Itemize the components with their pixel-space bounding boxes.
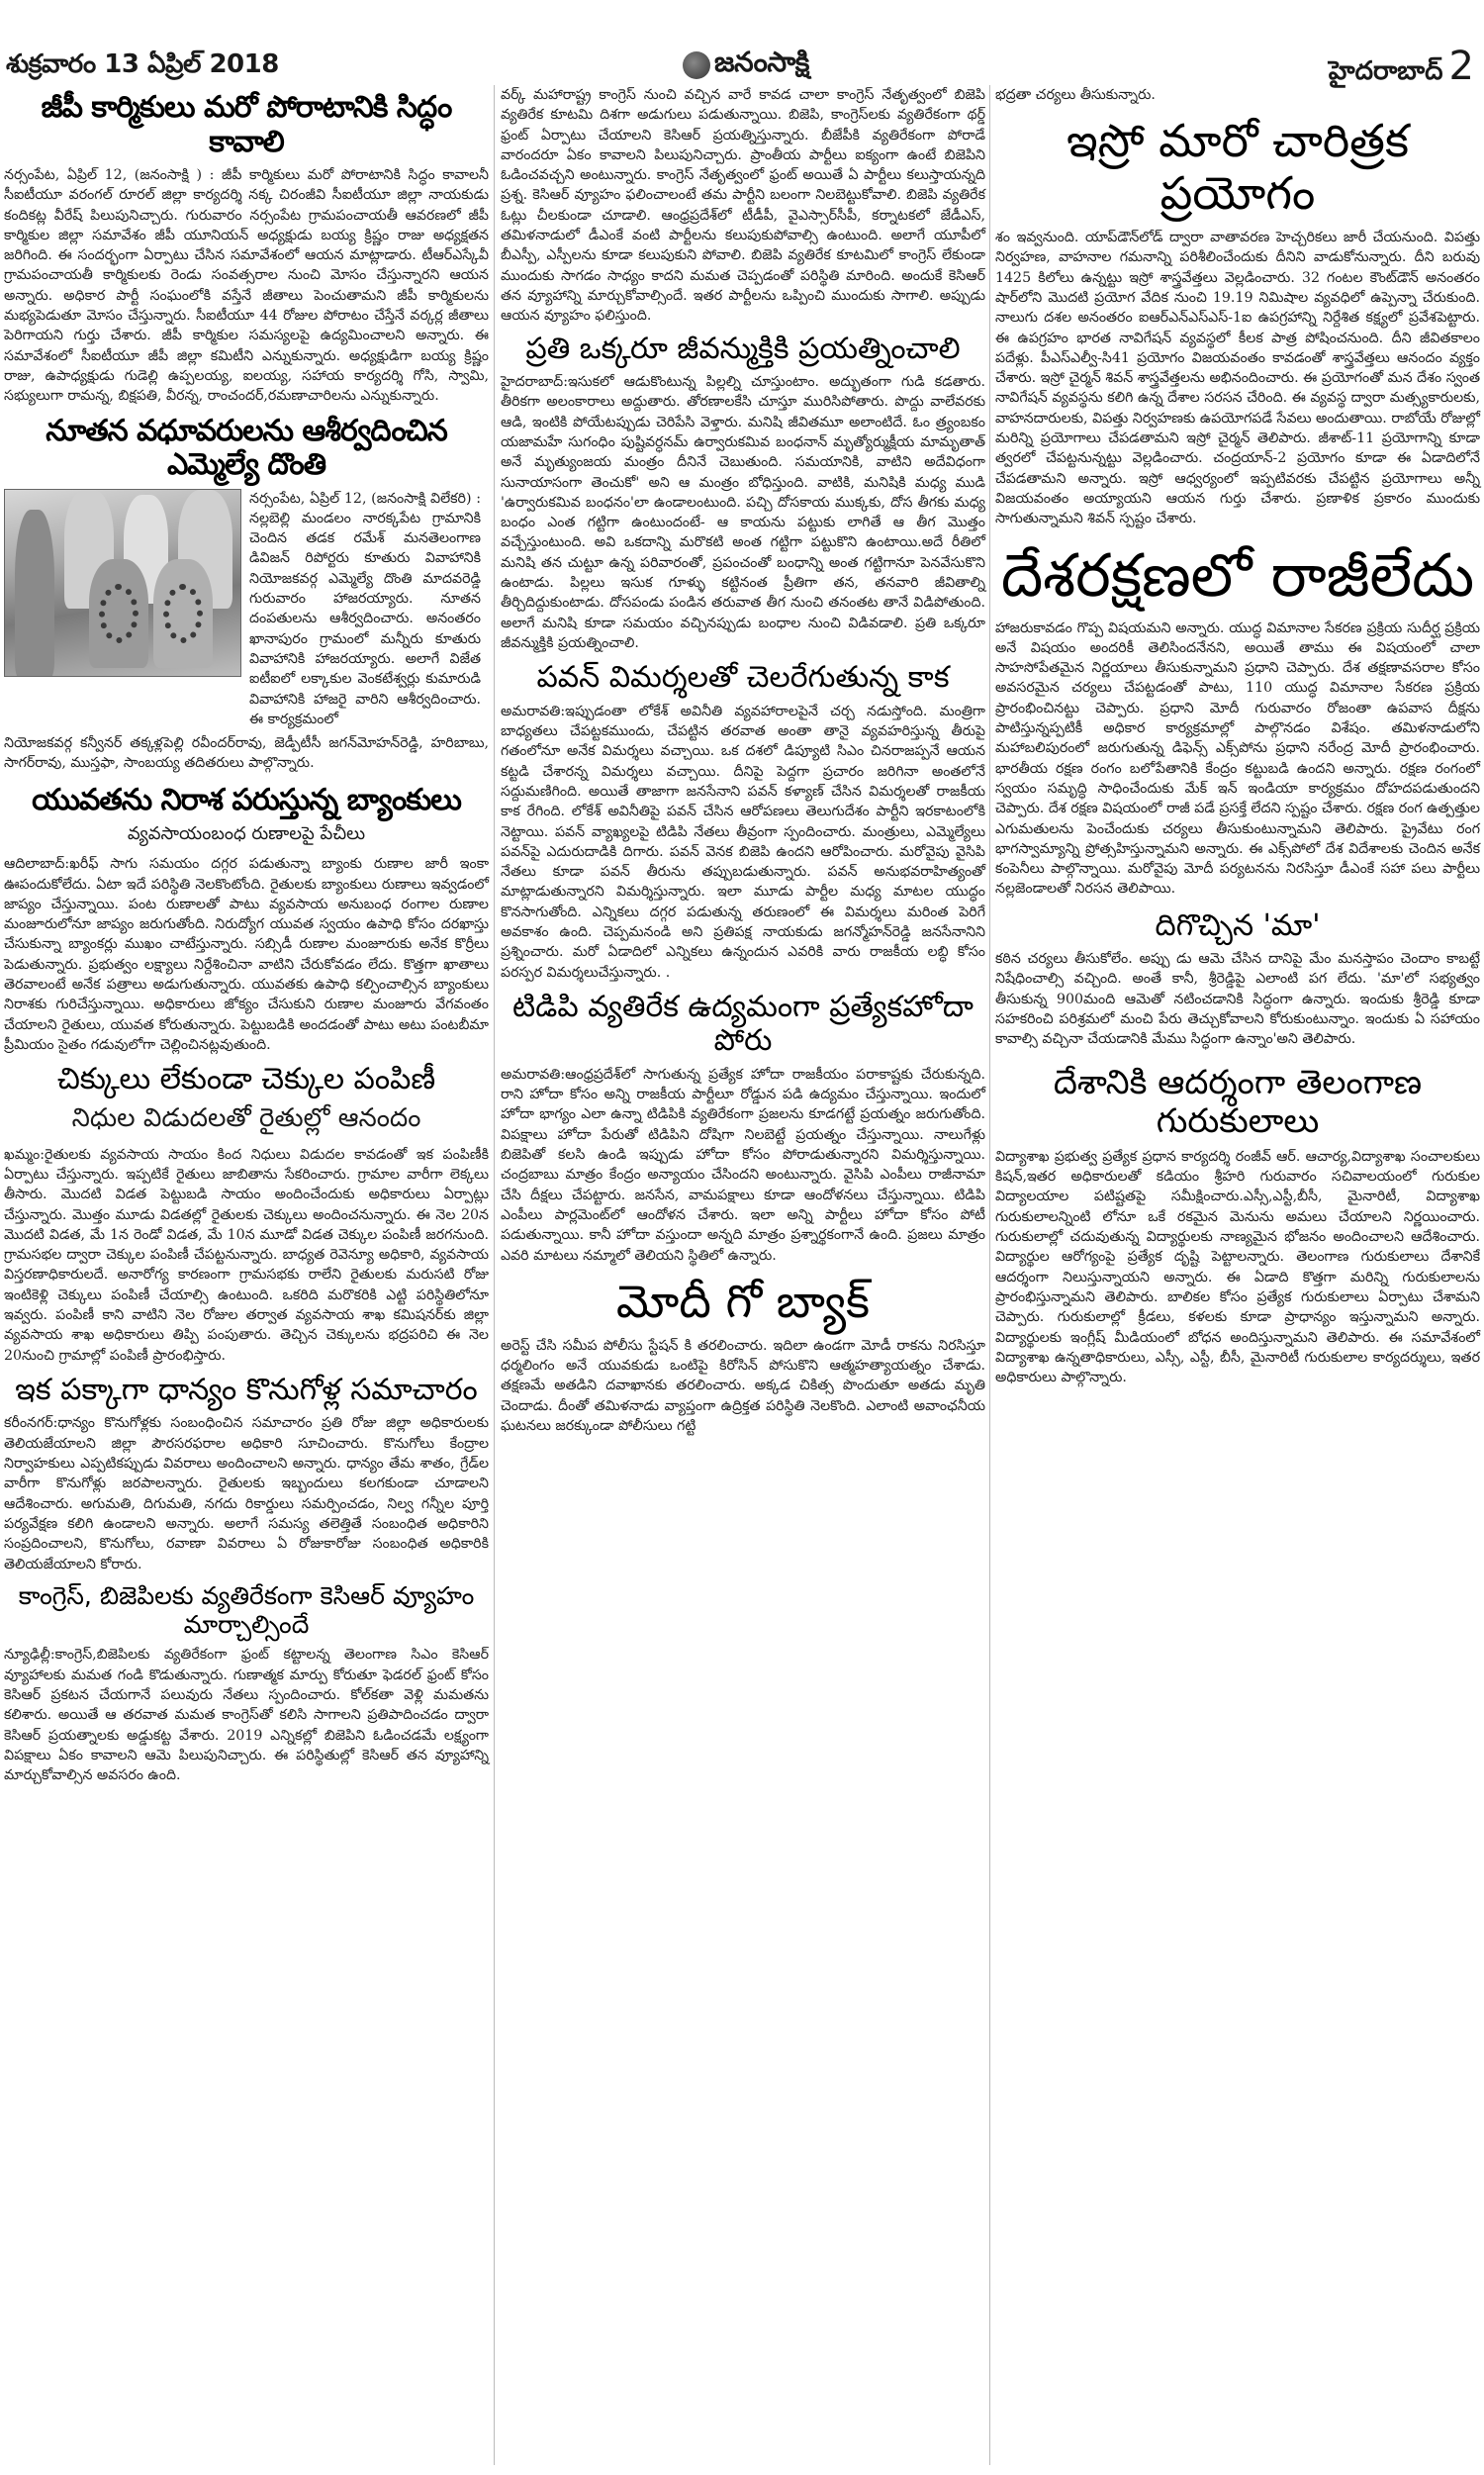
wedding-photo [4,489,241,677]
article-headline: దిగొచ్చిన 'మా' [995,909,1480,944]
article-body: హాజరుకావడం గొప్ప విషయమని అన్నారు. యుద్ధ … [995,619,1480,900]
column-left: జీపీ కార్మికులు మరో పోరాటానికి సిద్ధం కా… [4,85,489,1785]
newspaper-logo[interactable]: జనంసాక్షి [683,46,809,85]
article-subhead: వ్యవసాయంబంధ రుణాలపై పేచీలు [4,823,489,848]
article-pavan-criticism: పవన్ విమర్శలతో చెలరేగుతున్న కాక అమరావతి:… [501,661,985,983]
article-headline: జీపీ కార్మికులు మరో పోరాటానికి సిద్ధం కా… [4,91,489,159]
janamsakshi-emblem-icon [683,51,710,79]
article-headline: యువతను నిరాశ పరుస్తున్న బ్యాంకులు [4,784,489,818]
article-headline: చిక్కులు లేకుండా చెక్కుల పంపిణీ [4,1063,489,1097]
column-right: భద్రతా చర్యలు తీసుకున్నారు. ఇస్రో మారో చ… [995,85,1480,1387]
article-body: ఆదిలాబాద్:ఖరీఫ్ సాగు సమయం దగ్గర పడుతున్న… [4,854,489,1055]
article-isro-launch: ఇస్రో మారో చారిత్రక ప్రయోగం శం ఇవ్వనుంది… [995,115,1480,528]
article-body: అమరావతి:ఆంధ్రప్రదేశ్‌లో సాగుతున్న ప్రత్య… [501,1065,985,1266]
article-headline: ఇస్రో మారో చారిత్రక ప్రయోగం [995,115,1480,220]
article-front-continuation: వర్క్ మహారాష్ట్ర కాంగ్రెస్ నుంచి వచ్చిన … [501,85,985,327]
article-headline: కాంగ్రెస్, బిజెపిలకు వ్యతిరేకంగా కెసిఆర్… [4,1582,489,1640]
article-body: ఖమ్మం:రైతులకు వ్యవసాయ సాయం కింద నిధులు వ… [4,1145,489,1366]
article-headline: టిడిపి వ్యతిరేక ఉద్యమంగా ప్రత్యేకహోదా పో… [501,991,985,1059]
article-body: కరీంనగర్:ధాన్యం కొనుగోళ్లకు సంబంధించిన స… [4,1413,489,1573]
article-grain-procurement: ఇక పక్కాగా ధాన్యం కొనుగోళ్ల సమాచారం కరీం… [4,1374,489,1574]
article-body-side: నర్సంపేట, ఏప్రిల్ 12, (జనంసాక్షి విలేకరి… [249,489,481,730]
article-maa-association: దిగొచ్చిన 'మా' కఠిన చర్యలు తీసుకోలేం. అప… [995,909,1480,1050]
article-banks-youth: యువతను నిరాశ పరుస్తున్న బ్యాంకులు వ్యవసా… [4,784,489,1055]
masthead: శుక్రవారం 13 ఏప్రిల్ 2018 జనంసాక్షి హైదర… [0,0,1484,81]
article-jeevanmukti: ప్రతి ఒక్కరూ జీవన్ముక్తికి ప్రయత్నించాలి… [501,333,985,654]
article-gp-workers: జీపీ కార్మికులు మరో పోరాటానికి సిద్ధం కా… [4,91,489,407]
article-body: కఠిన చర్యలు తీసుకోలేం. అప్పు డు ఆమె చేసి… [995,949,1480,1049]
article-body: శం ఇవ్వనుంది. యాప్‌డౌన్‌లోడ్ ద్వారా వాతా… [995,228,1480,528]
article-body: వర్క్ మహారాష్ట్ర కాంగ్రెస్ నుంచి వచ్చిన … [501,85,985,327]
article-security-continuation: భద్రతా చర్యలు తీసుకున్నారు. [995,85,1480,105]
article-subhead: నిధుల విడుదలతో రైతుల్లో ఆనందం [4,1103,489,1139]
column-middle: వర్క్ మహారాష్ట్ర కాంగ్రెస్ నుంచి వచ్చిన … [501,85,985,1436]
issue-date: శుక్రవారం 13 ఏప్రిల్ 2018 [6,49,279,85]
article-headline: పవన్ విమర్శలతో చెలరేగుతున్న కాక [501,661,985,696]
article-body-below: నియోజకవర్గ కన్వీనర్ తక్కళ్లపెల్లి రవీందర… [4,733,489,774]
logo-text: జనంసాక్షి [714,46,809,85]
article-headline: దేశరక్షణలో రాజీలేదు [995,543,1480,609]
article-body: నర్సంపేట, ఏప్రిల్ 12, (జనంసాక్షి ) : జీప… [4,165,489,407]
page-number: 2 [1449,44,1474,89]
article-body: న్యూఢిల్లీ:కాంగ్రెస్,బిజెపిలకు వ్యతిరేకం… [4,1645,489,1785]
article-body: విద్యాశాఖ ప్రభుత్వ ప్రత్యేక ప్రధాన కార్య… [995,1147,1480,1388]
article-headline: దేశానికి ఆదర్శంగా తెలంగాణ గురుకులాలు [995,1064,1480,1141]
article-body: భద్రతా చర్యలు తీసుకున్నారు. [995,85,1480,105]
article-headline: ఇక పక్కాగా ధాన్యం కొనుగోళ్ల సమాచారం [4,1374,489,1408]
article-cheque-distribution: చిక్కులు లేకుండా చెక్కుల పంపిణీ నిధుల వి… [4,1063,489,1366]
column-divider [494,85,495,2465]
article-defence: దేశరక్షణలో రాజీలేదు హాజరుకావడం గొప్ప విష… [995,543,1480,900]
article-mla-wedding: నూతన వధూవరులను ఆశీర్వదించిన ఎమ్మెల్యే దొ… [4,415,489,774]
article-headline: మోదీ గో బ్యాక్ [501,1276,985,1328]
article-body: అరెస్ట్ చేసి సమీప పోలీసు స్టేషన్ కి తరలి… [501,1336,985,1436]
article-special-status: టిడిపి వ్యతిరేక ఉద్యమంగా ప్రత్యేకహోదా పో… [501,991,985,1266]
column-divider [989,85,990,2465]
article-headline: ప్రతి ఒక్కరూ జీవన్ముక్తికి ప్రయత్నించాలి [501,333,985,367]
article-headline: నూతన వధూవరులను ఆశీర్వదించిన ఎమ్మెల్యే దొ… [4,415,489,483]
article-kcr-strategy: కాంగ్రెస్, బిజెపిలకు వ్యతిరేకంగా కెసిఆర్… [4,1582,489,1786]
article-gurukul-schools: దేశానికి ఆదర్శంగా తెలంగాణ గురుకులాలు విద… [995,1064,1480,1388]
article-body: అమరావతి:ఇప్పుడంతా లోకేశ్ అవినీతి వ్యవహార… [501,702,985,983]
article-modi-go-back: మోదీ గో బ్యాక్ అరెస్ట్ చేసి సమీప పోలీసు … [501,1276,985,1436]
article-body: హైదరాబాద్:ఇసుకలో ఆడుకొంటున్న పిల్లల్ని చ… [501,372,985,653]
